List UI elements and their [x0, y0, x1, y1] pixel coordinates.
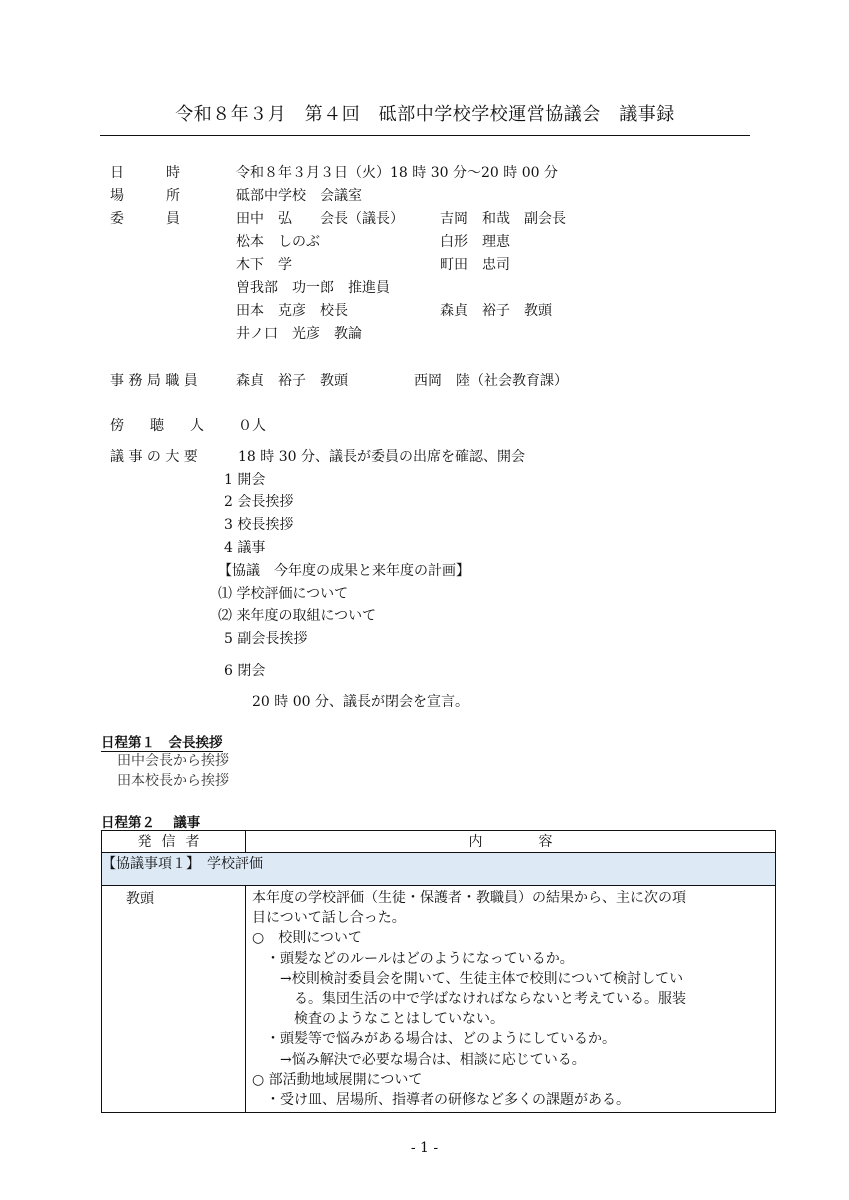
- secretariat-value-2: 西岡 陸（社会教育課）: [414, 370, 568, 390]
- outline-item: 1 開会: [224, 469, 265, 489]
- member-right: 白形 理恵: [440, 231, 510, 251]
- content-line: 本年度の学校評価（生徒・保護者・教職員）の結果から、主に次の項: [252, 888, 771, 908]
- member-right: 吉岡 和哉 副会長: [440, 208, 566, 228]
- header-speaker: 発信者: [102, 831, 246, 853]
- member-left: 木下 学: [236, 254, 292, 274]
- observers-value: ０人: [238, 415, 266, 435]
- member-left: 曽我部 功一郎 推進員: [236, 277, 390, 297]
- content-line: →校則検討委員会を開いて、生徒主体で校則について検討してい: [252, 969, 771, 989]
- secretariat-value-1: 森貞 裕子 教頭: [236, 370, 348, 390]
- member-left: 田本 克彦 校長: [236, 300, 348, 320]
- member-right: 森貞 裕子 教頭: [440, 300, 552, 320]
- agenda1-line: 田本校長から挨拶: [117, 770, 229, 790]
- secretariat-label: 事 務 局 職 員: [110, 370, 198, 390]
- outline-item: 3 校長挨拶: [224, 514, 293, 534]
- page-number: - 1 -: [0, 1140, 849, 1156]
- content-line: 目について話し合った。: [252, 908, 771, 928]
- page-title: 令和８年３月 第４回 砥部中学校学校運営協議会 議事録: [100, 100, 750, 126]
- outline-item: 4 議事: [224, 537, 265, 557]
- agenda1-line: 田中会長から挨拶: [117, 750, 229, 770]
- agenda1-heading: 日程第１ 会長挨拶: [101, 731, 223, 752]
- speaker-cell: 教頭: [102, 886, 246, 1113]
- place-label: 場 所: [110, 185, 180, 205]
- member-left: 井ノ口 光彦 教論: [236, 323, 362, 343]
- minutes-table: 発信者 内 容 【協議事項１】 学校評価 教頭 本年度の学校評価（生徒・保護者・…: [101, 830, 776, 1113]
- table-row: 教頭 本年度の学校評価（生徒・保護者・教職員）の結果から、主に次の項 目について…: [102, 886, 776, 1113]
- content-line: →悩み解決で必要な場合は、相談に応じている。: [252, 1050, 771, 1070]
- member-left: 松本 しのぶ: [236, 231, 320, 251]
- content-cell: 本年度の学校評価（生徒・保護者・教職員）の結果から、主に次の項 目について話し合…: [246, 886, 776, 1113]
- summary-opening: 18 時 30 分、議長が委員の出席を確認、開会: [238, 446, 525, 466]
- place-value: 砥部中学校 会議室: [236, 185, 362, 205]
- content-line: 検査のようなことはしていない。: [252, 1009, 771, 1029]
- outline-item: 【協議 今年度の成果と来年度の計画】: [218, 560, 470, 580]
- content-line: る。集団生活の中で学ばなければならないと考えている。服装: [252, 989, 771, 1009]
- observers-label: 傍 聴 人: [110, 415, 210, 435]
- outline-item: 5 副会長挨拶: [224, 628, 307, 648]
- summary-closing: 20 時 00 分、議長が閉会を宣言。: [252, 691, 469, 711]
- members-label: 委 員: [110, 208, 180, 228]
- content-line: ○ 部活動地域展開について: [252, 1070, 771, 1090]
- outline-item: 6 閉会: [224, 660, 265, 680]
- content-line: ○ 校則について: [252, 928, 771, 948]
- header-content: 内 容: [246, 831, 776, 853]
- topic-row: 【協議事項１】 学校評価: [102, 853, 776, 886]
- datetime-label: 日 時: [110, 162, 180, 182]
- title-underline: [100, 135, 750, 136]
- table-header-row: 発信者 内 容: [102, 831, 776, 853]
- topic-title: 【協議事項１】 学校評価: [102, 853, 776, 886]
- content-line: ・頭髪等で悩みがある場合は、どのようにしているか。: [252, 1029, 771, 1049]
- agenda2-heading: 日程第２ 議事: [101, 811, 200, 831]
- datetime-value: 令和８年３月３日（火）18 時 30 分～20 時 00 分: [236, 162, 558, 182]
- outline-item: ⑴ 学校評価について: [218, 583, 348, 603]
- outline-item: ⑵ 来年度の取組について: [218, 605, 376, 625]
- member-right: 町田 忠司: [440, 254, 510, 274]
- content-line: ・頭髪などのルールはどのようになっているか。: [252, 949, 771, 969]
- member-left: 田中 弘 会長（議長）: [236, 208, 404, 228]
- outline-item: 2 会長挨拶: [224, 491, 293, 511]
- content-line: ・受け皿、居場所、指導者の研修など多くの課題がある。: [252, 1090, 771, 1110]
- summary-label: 議 事 の 大 要: [110, 446, 198, 466]
